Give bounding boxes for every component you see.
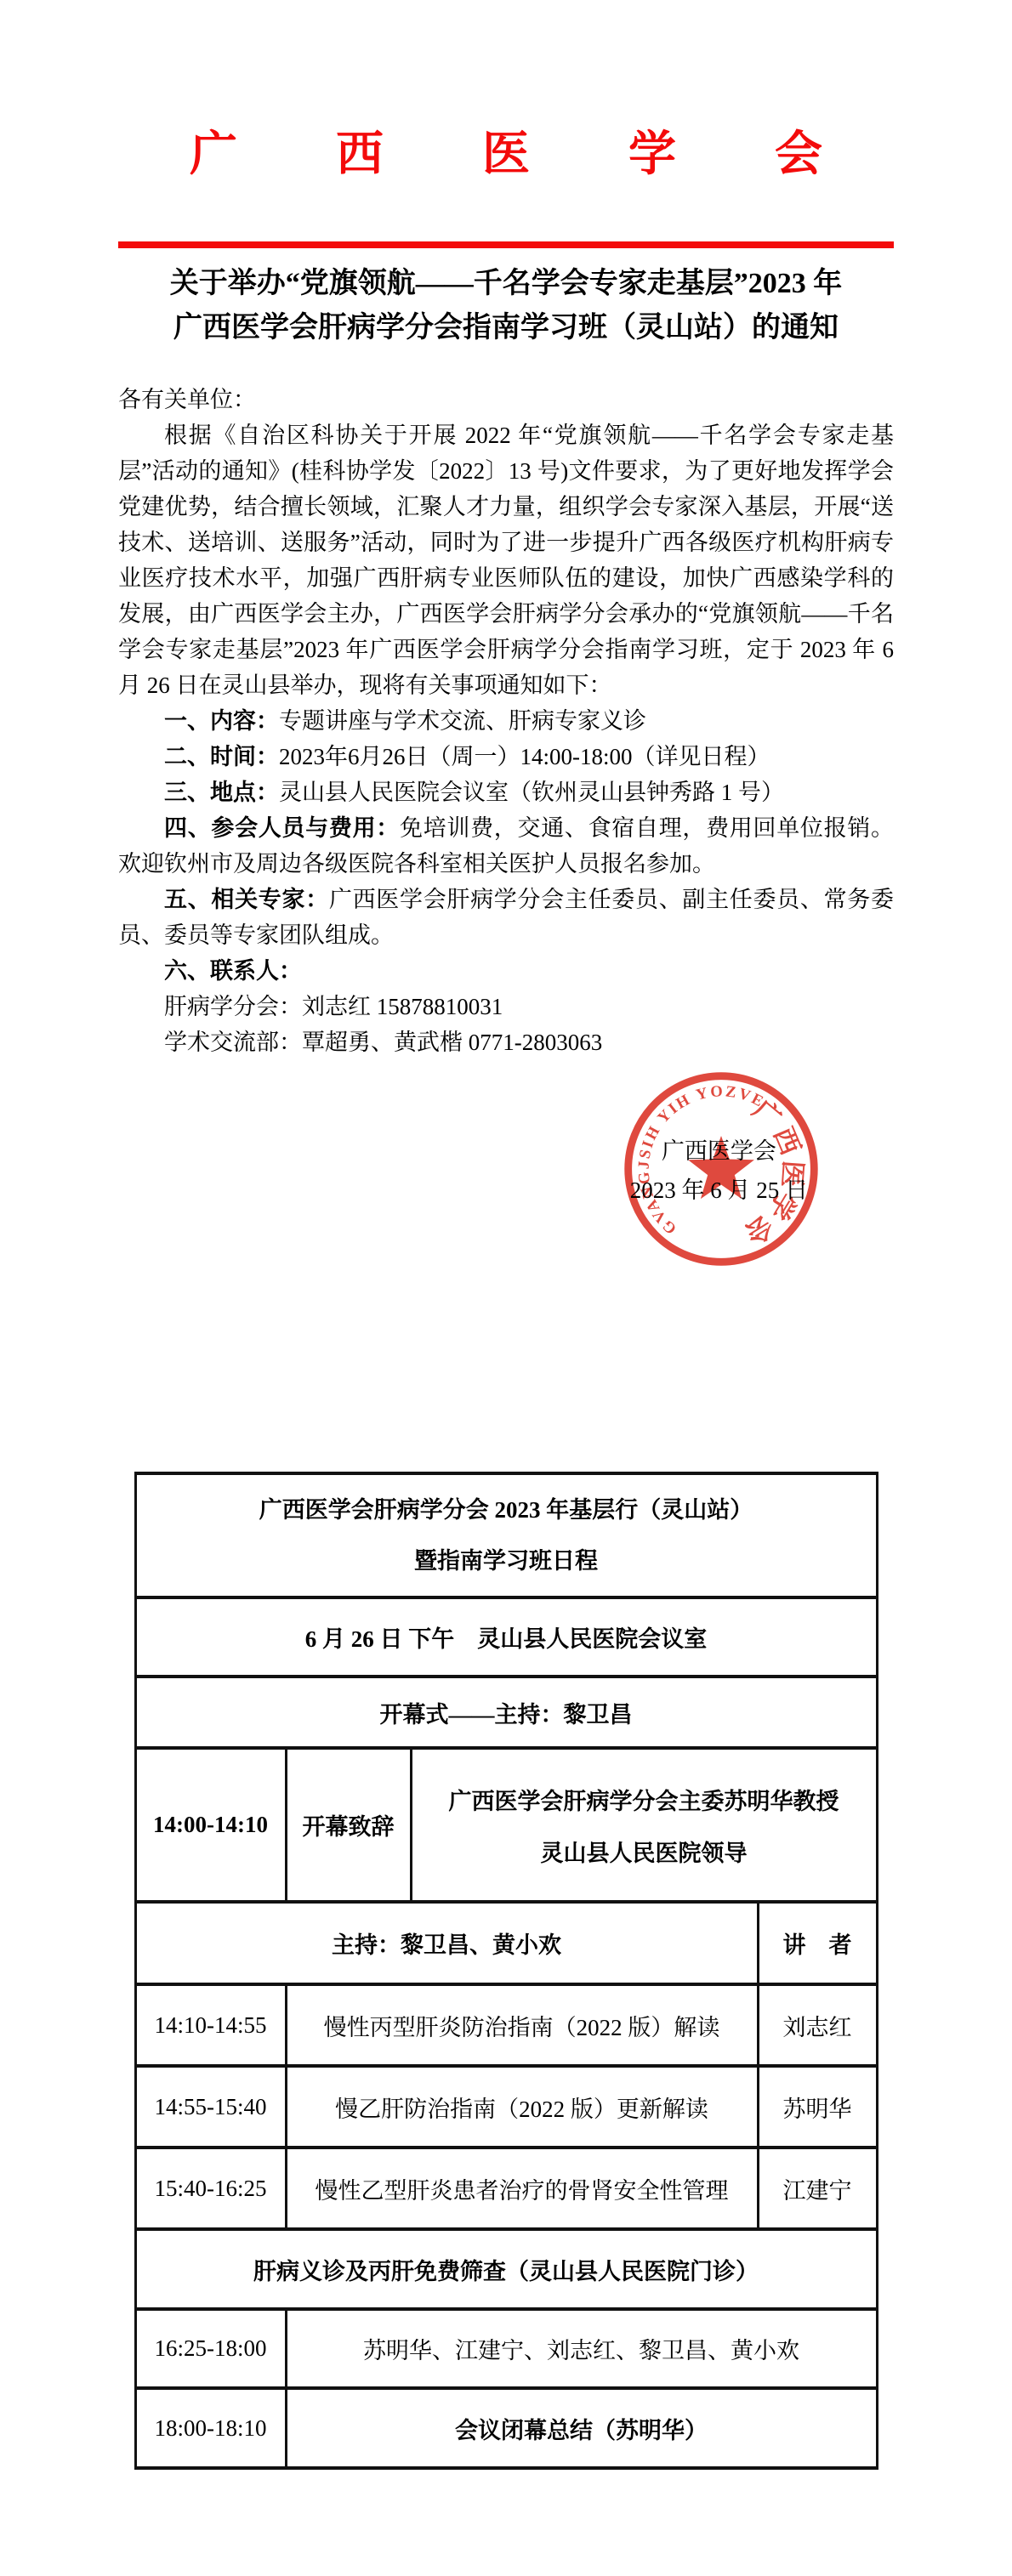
item-label: 一、内容： [164, 708, 279, 734]
notice-title-line2: 广西医学会肝病学分会指南学习班（灵山站）的通知 [0, 306, 1012, 350]
topic-cell: 慢性丙型肝炎防治指南（2022 版）解读 [286, 1984, 758, 2066]
participants-cell: 苏明华、江建宁、刘志红、黎卫昌、黄小欢 [286, 2309, 877, 2388]
document-page: 广西医学会 关于举办“党旗领航——千名学会专家走基层”2023 年 广西医学会肝… [0, 0, 1012, 2576]
moderator-row: 主持：黎卫昌、黄小欢 讲 者 [135, 1902, 877, 1984]
clinic-banner-cell: 肝病义诊及丙肝免费筛查（灵山县人民医院门诊） [135, 2229, 877, 2309]
contact-line-academic: 学术交流部：覃超勇、黄武楷 0771-2803063 [118, 1024, 894, 1060]
item-label: 四、参会人员与费用： [164, 815, 400, 841]
signature-block: 广西医学会 2023 年 6 月 25 日 GVANGJSIH YIH YOZV… [0, 1132, 1012, 1210]
closing-item-cell: 会议闭幕总结（苏明华） [286, 2388, 877, 2468]
masthead: 广西医学会 [0, 0, 1012, 248]
moderator-cell: 主持：黎卫昌、黄小欢 [135, 1902, 758, 1984]
speakers-cell: 广西医学会肝病学分会主委苏明华教授 灵山县人民医院领导 [411, 1748, 877, 1902]
opening-ceremony-cell: 开幕式——主持：黎卫昌 [135, 1677, 877, 1748]
notice-title: 关于举办“党旗领航——千名学会专家走基层”2023 年 广西医学会肝病学分会指南… [0, 262, 1012, 350]
time-cell: 14:55-15:40 [135, 2066, 286, 2148]
time-cell: 16:25-18:00 [135, 2309, 286, 2388]
notice-title-line1: 关于举办“党旗领航——千名学会专家走基层”2023 年 [0, 262, 1012, 306]
notice-item-time: 二、时间：2023年6月26日（周一）14:00-18:00（详见日程） [118, 739, 894, 775]
item-text: 专题讲座与学术交流、肝病专家义诊 [279, 708, 646, 734]
schedule-title-line1: 广西医学会肝病学分会 2023 年基层行（灵山站） [142, 1484, 871, 1535]
seal-char: 医 [776, 1160, 808, 1189]
official-seal: GVANGJSIH YIH YOZVEI 广 西 医 学 会 [617, 1065, 825, 1273]
topic-cell: 慢性乙型肝炎患者治疗的骨肾安全性管理 [286, 2148, 758, 2229]
notice-item-fees: 四、参会人员与费用：免培训费，交通、食宿自理，费用回单位报销。欢迎钦州市及周边各… [118, 810, 894, 882]
lecture-row: 14:10-14:55 慢性丙型肝炎防治指南（2022 版）解读 刘志红 [135, 1984, 877, 2066]
time-cell: 14:10-14:55 [135, 1984, 286, 2066]
clinic-session-row: 16:25-18:00 苏明华、江建宁、刘志红、黎卫昌、黄小欢 [135, 2309, 877, 2388]
closing-row: 18:00-18:10 会议闭幕总结（苏明华） [135, 2388, 877, 2468]
speaker-cell: 苏明华 [758, 2066, 877, 2148]
notice-item-content: 一、内容：专题讲座与学术交流、肝病专家义诊 [118, 703, 894, 739]
notice-body: 各有关单位： 根据《自治区科协关于开展 2022 年“党旗领航——千名学会专家走… [118, 382, 894, 1060]
speaker-cell: 江建宁 [758, 2148, 877, 2229]
notice-item-experts: 五、相关专家：广西医学会肝病学分会主任委员、副主任委员、常务委员、委员等专家团队… [118, 882, 894, 953]
item-label: 六、联系人： [164, 958, 302, 984]
opening-ceremony-row: 开幕式——主持：黎卫昌 [135, 1677, 877, 1748]
date-venue-cell: 6 月 26 日 下午 灵山县人民医院会议室 [135, 1597, 877, 1677]
time-cell: 14:00-14:10 [135, 1748, 286, 1902]
schedule-title-row: 广西医学会肝病学分会 2023 年基层行（灵山站） 暨指南学习班日程 [135, 1473, 877, 1597]
speaker-cell: 刘志红 [758, 1984, 877, 2066]
schedule-title-line2: 暨指南学习班日程 [142, 1535, 871, 1586]
schedule-title-cell: 广西医学会肝病学分会 2023 年基层行（灵山站） 暨指南学习班日程 [135, 1473, 877, 1597]
agenda-item-cell: 开幕致辞 [286, 1748, 411, 1902]
clinic-banner-row: 肝病义诊及丙肝免费筛查（灵山县人民医院门诊） [135, 2229, 877, 2309]
time-cell: 15:40-16:25 [135, 2148, 286, 2229]
item-label: 三、地点： [164, 780, 279, 805]
lecture-row: 15:40-16:25 慢性乙型肝炎患者治疗的骨肾安全性管理 江建宁 [135, 2148, 877, 2229]
masthead-rule [118, 241, 894, 248]
seal-char: 西 [768, 1123, 805, 1159]
time-cell: 18:00-18:10 [135, 2388, 286, 2468]
intro-paragraph: 根据《自治区科协关于开展 2022 年“党旗领航——千名学会专家走基层”活动的通… [118, 417, 894, 703]
lecturer-header-cell: 讲 者 [758, 1902, 877, 1984]
lecture-row: 14:55-15:40 慢乙肝防治指南（2022 版）更新解读 苏明华 [135, 2066, 877, 2148]
notice-item-contacts: 六、联系人： [118, 953, 894, 989]
seal-star [688, 1136, 754, 1199]
contact-line-hepatology: 肝病学分会：刘志红 15878810031 [118, 989, 894, 1024]
notice-item-venue: 三、地点：灵山县人民医院会议室（钦州灵山县钟秀路 1 号） [118, 775, 894, 810]
schedule-table: 广西医学会肝病学分会 2023 年基层行（灵山站） 暨指南学习班日程 6 月 2… [134, 1472, 878, 2470]
opening-speech-row: 14:00-14:10 开幕致辞 广西医学会肝病学分会主委苏明华教授 灵山县人民… [135, 1748, 877, 1902]
date-venue-row: 6 月 26 日 下午 灵山县人民医院会议室 [135, 1597, 877, 1677]
item-label: 五、相关专家： [164, 887, 329, 912]
salutation: 各有关单位： [118, 382, 894, 417]
topic-cell: 慢乙肝防治指南（2022 版）更新解读 [286, 2066, 758, 2148]
speaker-line: 灵山县人民医院领导 [418, 1835, 871, 1868]
item-text: 2023年6月26日（周一）14:00-18:00（详见日程） [279, 744, 770, 769]
speaker-line: 广西医学会肝病学分会主委苏明华教授 [418, 1783, 871, 1816]
item-text: 灵山县人民医院会议室（钦州灵山县钟秀路 1 号） [279, 780, 784, 805]
item-label: 二、时间： [164, 744, 279, 769]
masthead-org-title: 广西医学会 [0, 129, 1012, 180]
